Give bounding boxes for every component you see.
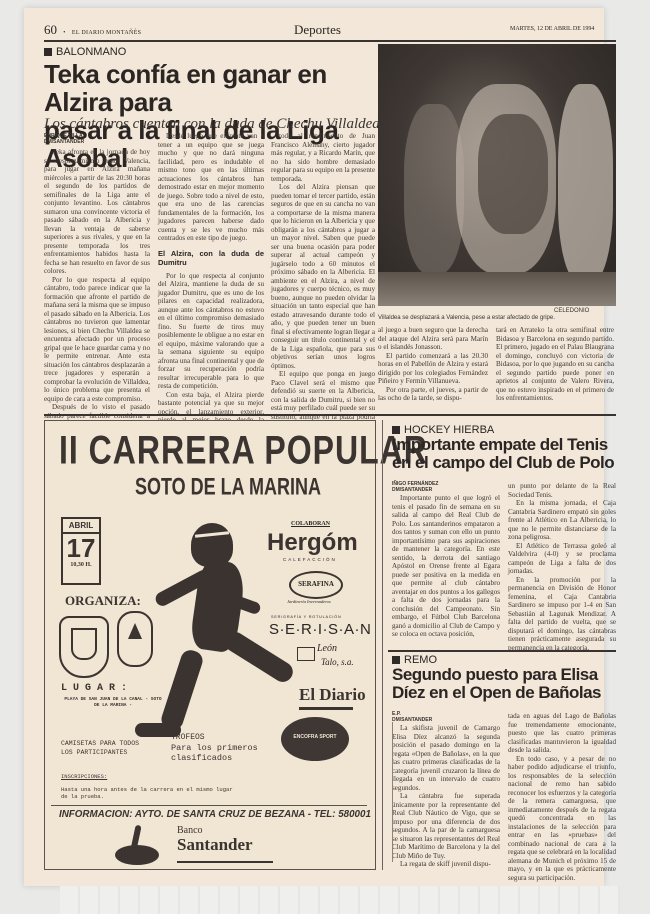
paragraph: Por lo que respecta al conjunto del Alzi… <box>158 272 264 391</box>
hockey-column-1: Importante punto el que logró el tenis e… <box>392 494 500 639</box>
date-month: ABRIL <box>63 519 99 534</box>
kicker-label: BALONMANO <box>56 46 126 58</box>
player-silhouette <box>558 84 613 284</box>
photo-caption: Villaldea se desplazará a Valencia, pese… <box>378 315 618 321</box>
byline-place: DM/SANTANDER <box>392 717 432 723</box>
ad-title: II CARRERA POPULAR <box>59 427 428 473</box>
paragraph: Desde luego que enfrente van a tener a u… <box>158 132 264 243</box>
paragraph: Por lo que respecta al equipo cántabro, … <box>44 276 150 404</box>
headline-line: Segundo puesto para Elisa <box>392 666 622 684</box>
publication-name: EL DIARIO MONTAÑÉS <box>72 30 141 36</box>
paragraph: tada en aguas del Lago de Bañolas fue tr… <box>508 712 616 755</box>
remo-column-2: tada en aguas del Lago de Bañolas fue tr… <box>508 712 616 882</box>
headline-hockey: Importante empate del Tenis en el campo … <box>392 436 622 473</box>
paragraph: Teka afronta en la jornada de hoy su des… <box>44 148 150 276</box>
headline-line: Teka confía en ganar en Alzira para <box>44 60 384 116</box>
deck-balonmano: Los cántabros cuentan con la duda de Che… <box>44 116 380 133</box>
bank-name: Santander <box>177 835 253 855</box>
ad-divider <box>51 805 367 806</box>
camisetas-text: CAMISETAS PARA TODOS LOS PARTICIPANTES <box>61 739 151 757</box>
headline-line: en el campo del Club de Polo <box>392 454 622 472</box>
paragraph: al juego a buen seguro que la derecha de… <box>378 326 488 352</box>
byline-remo: E.P. DM/SANTANDER <box>392 711 432 723</box>
colaboran-label: COLABORAN <box>291 521 330 527</box>
paragraph: tará en Arrateko la otra semifinal entre… <box>496 326 614 403</box>
balonmano-column-3: todo al rendimiento de Juan Francisco Al… <box>271 132 375 438</box>
sponsor-hergom-sub: CALEFACCIÓN <box>283 557 337 562</box>
sponsor-leon: León <box>317 643 337 654</box>
byline-hockey: IÑIGO FERNÁNDEZ DM/SANTANDER <box>392 481 438 493</box>
paragraph: Importante punto el que logró el tenis e… <box>392 494 500 639</box>
byline-balonmano: ENRIQUE VILLA DM/SANTANDER <box>44 133 84 145</box>
headline-line: Díez en el Open de Bañolas <box>392 684 622 702</box>
paragraph: Por otra parte, el jueves, a partir de l… <box>378 386 488 403</box>
date-box: ABRIL 17 10,30 H. <box>61 517 101 585</box>
race-advertisement: II CARRERA POPULAR SOTO DE LA MARINA ABR… <box>44 420 376 870</box>
sponsor-eldiario: El Diario <box>299 685 366 705</box>
trofeos-text: Para los primeros clasificados <box>171 743 281 763</box>
inscripciones-text: Hasta una hora antes de la carrera en el… <box>61 786 241 800</box>
club-crest-icon <box>117 611 153 667</box>
leon-talo-logo-icon <box>297 647 315 661</box>
headline-remo: Segundo puesto para Elisa Díez en el Ope… <box>392 666 622 703</box>
organiza-label: ORGANIZA: <box>65 593 141 609</box>
paragraph: todo al rendimiento de Juan Francisco Al… <box>271 132 375 183</box>
sponsor-talo: Talo, s.a. <box>321 657 354 667</box>
bank-underline <box>177 861 273 863</box>
paragraph: un punto por delante de la Real Sociedad… <box>508 482 616 499</box>
balonmano-column-5: tará en Arrateko la otra semifinal entre… <box>496 326 614 403</box>
date-day: 17 <box>63 534 99 562</box>
scanner-bed-edge <box>60 886 620 914</box>
square-bullet-icon <box>392 656 400 664</box>
lugar-text: PLAYA DE SAN JUAN DE LA CANAL - SOTO DE … <box>61 697 165 709</box>
eldiario-underline <box>299 707 353 710</box>
court-floor <box>378 272 616 306</box>
sponsor-serafina-logo: SERAFINA <box>289 571 343 599</box>
sponsor-hergom: Hergóm <box>267 529 358 557</box>
section-divider <box>388 650 616 652</box>
column-rule <box>382 420 383 870</box>
paragraph: La regata de skiff juvenil dispu- <box>392 860 500 869</box>
paragraph: El partido comenzará a las 20.30 horas e… <box>378 352 488 386</box>
paragraph: En la promoción por la permanencia en Di… <box>508 576 616 653</box>
balonmano-column-1: Teka afronta en la jornada de hoy su des… <box>44 148 150 429</box>
inscripciones-label: INSCRIPCIONES: <box>61 773 107 780</box>
newspaper-page: 60 • EL DIARIO MONTAÑÉS Deportes MARTES,… <box>24 8 604 886</box>
photo-credit: CELEDONIO <box>554 308 589 314</box>
balonmano-column-2: Desde luego que enfrente van a tener a u… <box>158 132 264 433</box>
sponsor-serisan: S·E·R·I·S·A·N <box>269 621 371 638</box>
sponsor-serisan-top: SERIGRAFÍA Y ROTULACIÓN <box>271 615 342 619</box>
bullet: • <box>63 30 65 36</box>
section-divider <box>44 414 616 416</box>
ad-subtitle: SOTO DE LA MARINA <box>135 473 321 501</box>
balonmano-column-4: al juego a buen seguro que la derecha de… <box>378 326 488 403</box>
byline-place: DM/SANTANDER <box>392 487 438 493</box>
column-rule <box>392 722 393 862</box>
paragraph: La cántabra fue superada únicamente por … <box>392 792 500 860</box>
issue-date: MARTES, 12 DE ABRIL DE 1994 <box>510 26 594 32</box>
subheading: El Alzira, con la duda de Dumitru <box>158 249 264 267</box>
paragraph: La skifista juvenil de Camargo Elisa Díe… <box>392 724 500 792</box>
hockey-column-2: un punto por delante de la Real Sociedad… <box>508 482 616 652</box>
paragraph: El Atlético de Terrassa goleó al Valdelv… <box>508 542 616 576</box>
player-silhouette <box>404 104 464 274</box>
page-number: 60 <box>44 22 57 37</box>
header-rule <box>44 40 616 42</box>
lugar-label: L U G A R : <box>61 683 127 694</box>
remo-column-1: La skifista juvenil de Camargo Elisa Díe… <box>392 724 500 869</box>
page-header-left: 60 • EL DIARIO MONTAÑÉS <box>44 22 141 38</box>
headline-line: Importante empate del Tenis <box>392 436 622 454</box>
municipal-crest-icon <box>59 616 109 678</box>
paragraph: En la misma jornada, el Caja Cantabria S… <box>508 499 616 542</box>
informacion-line: INFORMACION: AYTO. DE SANTA CRUZ DE BEZA… <box>59 809 371 820</box>
paragraph: En todo caso, y a pesar de no haber podi… <box>508 755 616 883</box>
section-title: Deportes <box>294 22 341 38</box>
square-bullet-icon <box>44 48 52 56</box>
square-bullet-icon <box>392 426 400 434</box>
trofeos-label: TROFEOS <box>171 733 205 742</box>
handball-photo <box>378 44 616 306</box>
sponsor-serafina-sub: Jardinería Invernaderos <box>287 599 331 604</box>
sponsor-oval-logo: ENCOFRA SPORT <box>281 717 349 761</box>
player-silhouette <box>478 114 548 234</box>
paragraph: Los del Alzira piensan que pueden tomar … <box>271 183 375 370</box>
byline-place: DM/SANTANDER <box>44 139 84 145</box>
kicker-balonmano: BALONMANO <box>44 46 126 58</box>
